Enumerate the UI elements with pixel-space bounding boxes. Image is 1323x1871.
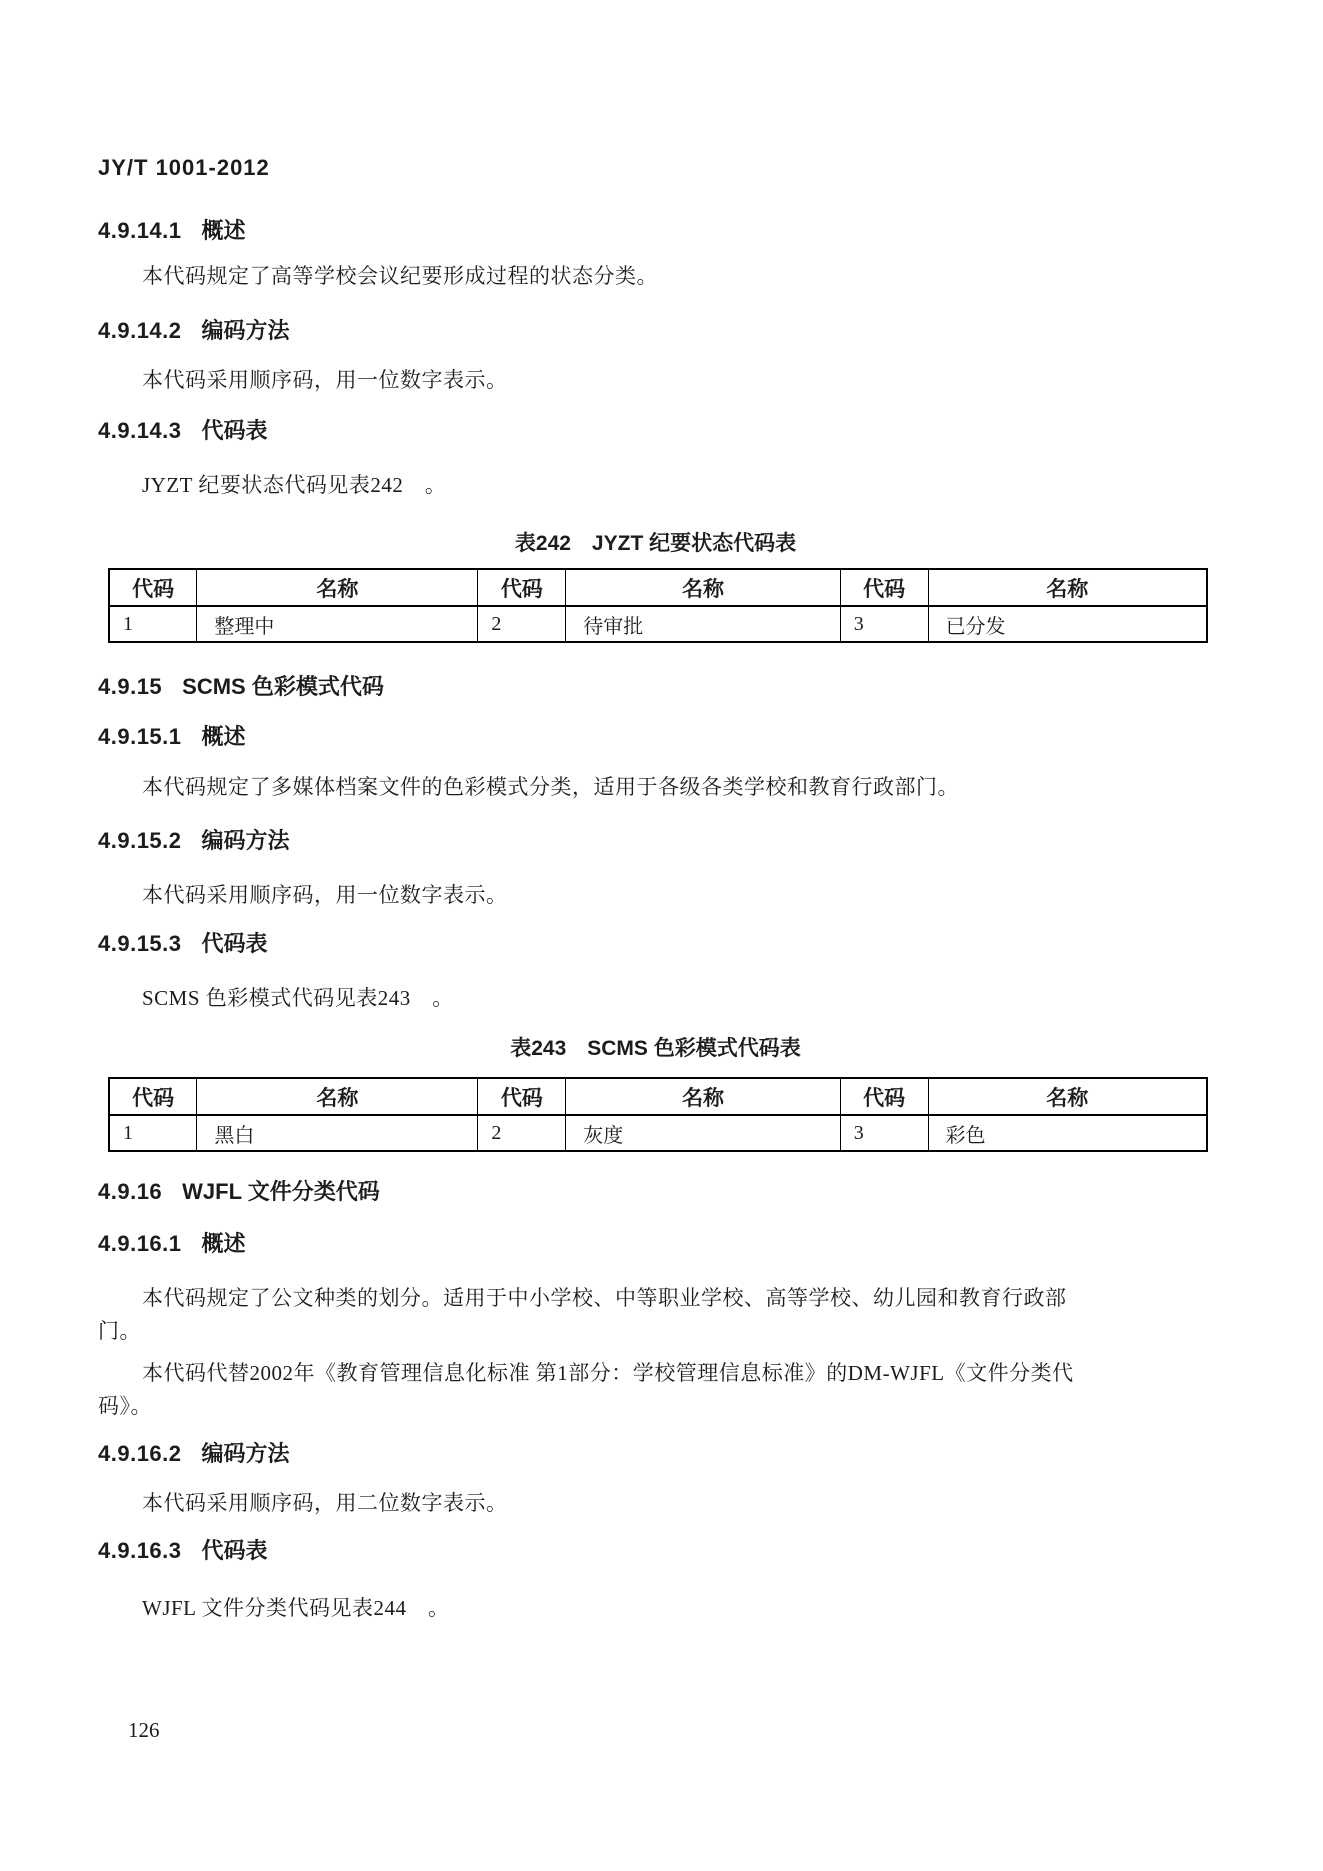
- table-header-cell: 代码: [478, 1078, 566, 1115]
- table-cell-code: 2: [478, 606, 566, 642]
- heading-4-9-15-2: 4.9.15.2 编码方法: [98, 827, 1213, 855]
- table-header-cell: 代码: [109, 569, 197, 606]
- paragraph-overview-15: 本代码规定了多媒体档案文件的色彩模式分类，适用于各级各类学校和教育行政部门。: [98, 772, 1213, 802]
- table-242-title: 表242 JYZT 纪要状态代码表: [98, 530, 1213, 558]
- heading-title: 代码表: [202, 417, 268, 445]
- paragraph-line: 本代码规定了公文种类的划分。适用于中小学校、中等职业学校、高等学校、幼儿园和教育…: [142, 1286, 1067, 1310]
- paragraph-coding-15: 本代码采用顺序码，用一位数字表示。: [98, 880, 1213, 910]
- table-cell-name: 黑白: [197, 1115, 478, 1151]
- heading-4-9-16-3: 4.9.16.3 代码表: [98, 1537, 1213, 1565]
- page-number: 126: [128, 1717, 1213, 1743]
- heading-4-9-14-2: 4.9.14.2 编码方法: [98, 317, 1213, 345]
- heading-title: 编码方法: [202, 827, 290, 855]
- table-header-cell: 代码: [109, 1078, 197, 1115]
- table-cell-code: 3: [840, 1115, 928, 1151]
- table-header-cell: 名称: [928, 1078, 1207, 1115]
- table-header-row: 代码 名称 代码 名称 代码 名称: [109, 1078, 1207, 1115]
- table-cell-code: 2: [478, 1115, 566, 1151]
- paragraph-line: 门。: [98, 1319, 141, 1343]
- paragraph-line: 本代码代替2002年《教育管理信息化标准 第1部分：学校管理信息标准》的DM-W…: [142, 1361, 1074, 1385]
- table-header-cell: 代码: [478, 569, 566, 606]
- heading-title: WJFL 文件分类代码: [182, 1178, 380, 1206]
- table-header-row: 代码 名称 代码 名称 代码 名称: [109, 569, 1207, 606]
- table-cell-code: 1: [109, 1115, 197, 1151]
- heading-title: 编码方法: [202, 1440, 290, 1468]
- table-cell-name: 灰度: [566, 1115, 841, 1151]
- table-row: 1 整理中 2 待审批 3 已分发: [109, 606, 1207, 642]
- table-cell-name: 整理中: [197, 606, 478, 642]
- paragraph-overview-16-replaces: 本代码代替2002年《教育管理信息化标准 第1部分：学校管理信息标准》的DM-W…: [98, 1357, 1213, 1423]
- document-code: JY/T 1001-2012: [98, 155, 1213, 181]
- table-header-cell: 名称: [928, 569, 1207, 606]
- heading-4-9-15: 4.9.15 SCMS 色彩模式代码: [98, 673, 1213, 701]
- table-header-cell: 名称: [197, 569, 478, 606]
- heading-number: 4.9.15.1: [98, 723, 182, 751]
- heading-number: 4.9.14.3: [98, 417, 182, 445]
- heading-number: 4.9.16.2: [98, 1440, 182, 1468]
- heading-title: 概述: [202, 723, 246, 751]
- heading-title: 代码表: [202, 930, 268, 958]
- heading-number: 4.9.14.1: [98, 217, 182, 245]
- heading-4-9-15-1: 4.9.15.1 概述: [98, 723, 1213, 751]
- paragraph-see-table-242: JYZT 纪要状态代码见表242 。: [98, 470, 1213, 500]
- code-table-242: 代码 名称 代码 名称 代码 名称 1 整理中 2 待审批 3 已分发: [108, 568, 1208, 643]
- heading-number: 4.9.15: [98, 673, 162, 701]
- table-cell-name: 待审批: [566, 606, 841, 642]
- paragraph-coding-14: 本代码采用顺序码，用一位数字表示。: [98, 365, 1213, 395]
- table-243-title: 表243 SCMS 色彩模式代码表: [98, 1035, 1213, 1063]
- paragraph-line: 码》。: [98, 1394, 152, 1418]
- code-table-243: 代码 名称 代码 名称 代码 名称 1 黑白 2 灰度 3 彩色: [108, 1077, 1208, 1152]
- paragraph-overview-16-scope: 本代码规定了公文种类的划分。适用于中小学校、中等职业学校、高等学校、幼儿园和教育…: [98, 1282, 1213, 1348]
- heading-4-9-16-1: 4.9.16.1 概述: [98, 1230, 1213, 1258]
- heading-title: 代码表: [202, 1537, 268, 1565]
- heading-title: 编码方法: [202, 317, 290, 345]
- document-page: JY/T 1001-2012 4.9.14.1 概述 本代码规定了高等学校会议纪…: [0, 0, 1323, 1871]
- table-header-cell: 代码: [840, 569, 928, 606]
- heading-title: 概述: [202, 1230, 246, 1258]
- heading-number: 4.9.15.3: [98, 930, 182, 958]
- heading-4-9-14-1: 4.9.14.1 概述: [98, 217, 1213, 245]
- heading-4-9-15-3: 4.9.15.3 代码表: [98, 930, 1213, 958]
- table-header-cell: 代码: [840, 1078, 928, 1115]
- paragraph-see-table-243: SCMS 色彩模式代码见表243 。: [98, 983, 1213, 1013]
- paragraph-overview-14: 本代码规定了高等学校会议纪要形成过程的状态分类。: [98, 261, 1213, 291]
- heading-number: 4.9.16.1: [98, 1230, 182, 1258]
- heading-number: 4.9.14.2: [98, 317, 182, 345]
- heading-title: SCMS 色彩模式代码: [182, 673, 384, 701]
- paragraph-coding-16: 本代码采用顺序码，用二位数字表示。: [98, 1488, 1213, 1518]
- heading-title: 概述: [202, 217, 246, 245]
- table-cell-code: 3: [840, 606, 928, 642]
- heading-4-9-14-3: 4.9.14.3 代码表: [98, 417, 1213, 445]
- heading-4-9-16-2: 4.9.16.2 编码方法: [98, 1440, 1213, 1468]
- heading-4-9-16: 4.9.16 WJFL 文件分类代码: [98, 1178, 1213, 1206]
- table-cell-code: 1: [109, 606, 197, 642]
- heading-number: 4.9.16.3: [98, 1537, 182, 1565]
- table-cell-name: 已分发: [928, 606, 1207, 642]
- table-row: 1 黑白 2 灰度 3 彩色: [109, 1115, 1207, 1151]
- heading-number: 4.9.16: [98, 1178, 162, 1206]
- paragraph-see-table-244: WJFL 文件分类代码见表244 。: [98, 1593, 1213, 1623]
- table-header-cell: 名称: [566, 1078, 841, 1115]
- table-header-cell: 名称: [197, 1078, 478, 1115]
- table-header-cell: 名称: [566, 569, 841, 606]
- heading-number: 4.9.15.2: [98, 827, 182, 855]
- table-cell-name: 彩色: [928, 1115, 1207, 1151]
